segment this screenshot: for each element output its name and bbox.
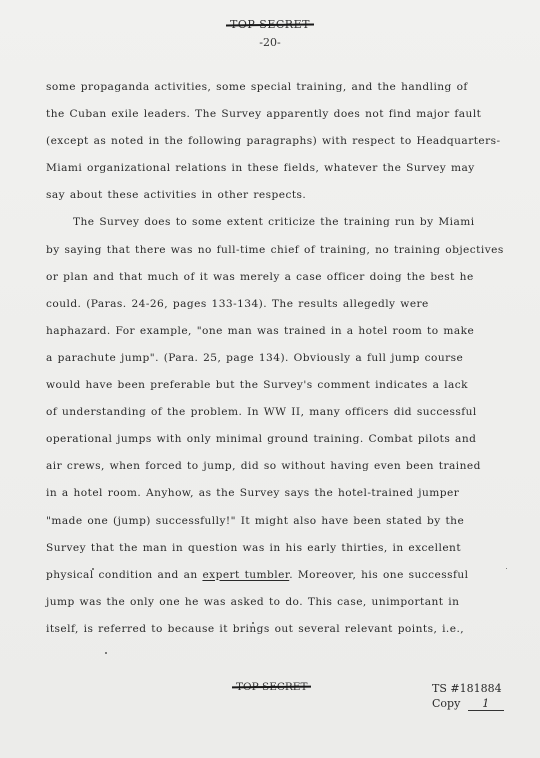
scan-artifact [252,622,254,624]
text-line: jump was the only one he was asked to do… [46,595,526,622]
text-line: the Cuban exile leaders. The Survey appa… [46,107,526,134]
text-line: of understanding of the problem. In WW I… [46,405,526,432]
text-line: air crews, when forced to jump, did so w… [46,459,526,486]
document-page: TOP SECRET -20- some propaganda activiti… [0,0,540,758]
struck-classification-text: TOP SECRET [236,681,307,693]
text-line: by saying that there was no full-time ch… [46,243,526,270]
copy-label: Copy [432,697,460,710]
paragraph-first-line: The Survey does to some extent criticize… [46,215,526,242]
copy-number: 1 [468,698,504,711]
text-line: a parachute jump". (Para. 25, page 134).… [46,351,526,378]
text-line: in a hotel room. Anyhow, as the Survey s… [46,486,526,513]
underlined-phrase: expert tumbler [202,569,289,581]
text-line: or plan and that much of it was merely a… [46,270,526,297]
struck-classification-text: TOP SECRET [230,18,310,31]
text-line: say about these activities in other resp… [46,188,526,215]
scan-artifact [92,568,94,570]
text-line: Miami organizational relations in these … [46,161,526,188]
text-line: could. (Paras. 24-26, pages 133-134). Th… [46,297,526,324]
text-segment: . Moreover, his one successful [289,569,468,581]
scan-artifact [506,568,507,569]
text-line: operational jumps with only minimal grou… [46,432,526,459]
body-text: some propaganda activities, some special… [46,80,526,649]
text-line: haphazard. For example, "one man was tra… [46,324,526,351]
text-line: some propaganda activities, some special… [46,80,526,107]
document-control-block: TS #181884 Copy 1 [432,681,504,711]
control-number: TS #181884 [432,681,504,696]
page-number: -20- [0,36,540,49]
scan-artifact [105,652,107,654]
copy-line: Copy 1 [432,696,504,711]
text-line: "made one (jump) successfully!" It might… [46,514,526,541]
text-line: Survey that the man in question was in h… [46,541,526,568]
text-segment: physical condition and an [46,569,202,581]
text-line: (except as noted in the following paragr… [46,134,526,161]
text-line-with-underline: physical condition and an expert tumbler… [46,568,526,595]
text-line: itself, is referred to because it brings… [46,622,526,649]
header-classification-marking: TOP SECRET [0,18,540,31]
text-line: would have been preferable but the Surve… [46,378,526,405]
footer-classification-marking: TOP SECRET [236,681,307,693]
